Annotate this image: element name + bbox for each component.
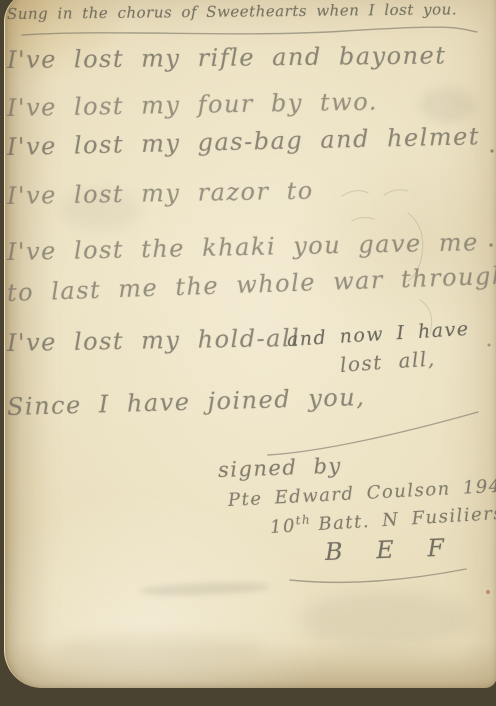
battalion-number: 10 bbox=[269, 515, 296, 538]
verse-line: I've lost my razor to bbox=[7, 177, 314, 210]
signed-by-line: signed by bbox=[218, 454, 343, 482]
scanned-album-photo: Sung in the chorus of Sweethearts when I… bbox=[0, 0, 496, 706]
verse-line: I've lost my hold-all bbox=[7, 324, 301, 357]
verse-line: I've lost my rifle and bayonet bbox=[7, 41, 447, 74]
force-abbreviation: B E F bbox=[325, 534, 454, 566]
battalion-ordinal: th bbox=[295, 512, 311, 527]
